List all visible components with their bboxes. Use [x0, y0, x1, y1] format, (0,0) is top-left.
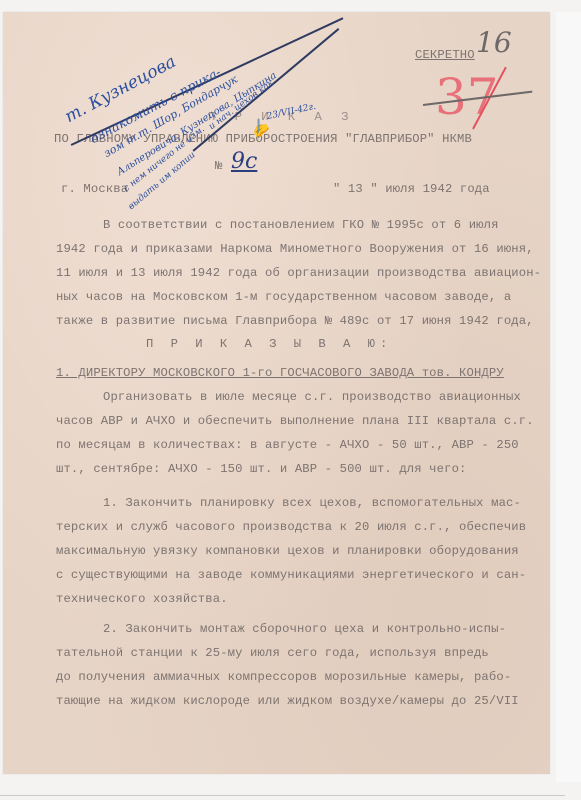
item-line: 2. Закончить монтаж сборочного цеха и ко…: [103, 622, 506, 636]
item-line: с существующими на заводе коммуникациями…: [56, 568, 526, 582]
scan-margin: [556, 12, 581, 782]
item-line: до получения аммиачных компрессоров моро…: [56, 670, 511, 684]
preamble-line: ных часов на Московском 1-м государствен…: [56, 290, 511, 304]
preamble-line: 1942 года и приказами Наркома Минометног…: [56, 242, 534, 256]
classification-label: СЕКРЕТНО: [415, 48, 475, 62]
preamble-line: 11 июля и 13 июля 1942 года об организац…: [56, 266, 541, 280]
pencil-page-number: 16: [476, 26, 512, 59]
section-body-line: по месяцам в количествах: в августе - АЧ…: [56, 438, 519, 452]
section-body-line: Организовать в июле месяце с.г. производ…: [103, 390, 521, 404]
section-body-line: шт., сентябре: АЧХО - 150 шт. и АВР - 50…: [56, 462, 467, 476]
document-date: " 13 " июля 1942 года: [333, 182, 490, 196]
item-line: технического хозяйства.: [56, 592, 228, 606]
divider: [0, 795, 565, 796]
item-line: терских и служб часового производства к …: [56, 520, 526, 534]
item-line: тающие на жидком кислороде или жидком во…: [56, 694, 519, 708]
section-body-line: часов АВР и АЧХО и обеспечить выполнение…: [56, 414, 534, 428]
section-heading: 1. ДИРЕКТОРУ МОСКОВСКОГО 1-го ГОСЧАСОВОГ…: [56, 366, 504, 380]
preamble-line: В соответствии с постановлением ГКО № 19…: [103, 218, 499, 232]
city: г. Москва: [61, 182, 128, 196]
item-line: 1. Закончить планировку всех цехов, вспо…: [103, 496, 521, 510]
document-page: СЕКРЕТНО 16 37 П Р И К А З ПО ГЛАВНОМУ У…: [3, 12, 550, 774]
item-line: тательной станции к 25-му июля сего года…: [56, 646, 489, 660]
order-number-prefix: №: [215, 159, 222, 173]
item-line: максимальную увязку компановки цехов и п…: [56, 544, 519, 558]
order-word: П Р И К А З Ы В А Ю:: [146, 337, 392, 351]
preamble-line: также в развитие письма Главприбора № 48…: [56, 314, 534, 328]
order-number: 9с: [231, 149, 257, 174]
